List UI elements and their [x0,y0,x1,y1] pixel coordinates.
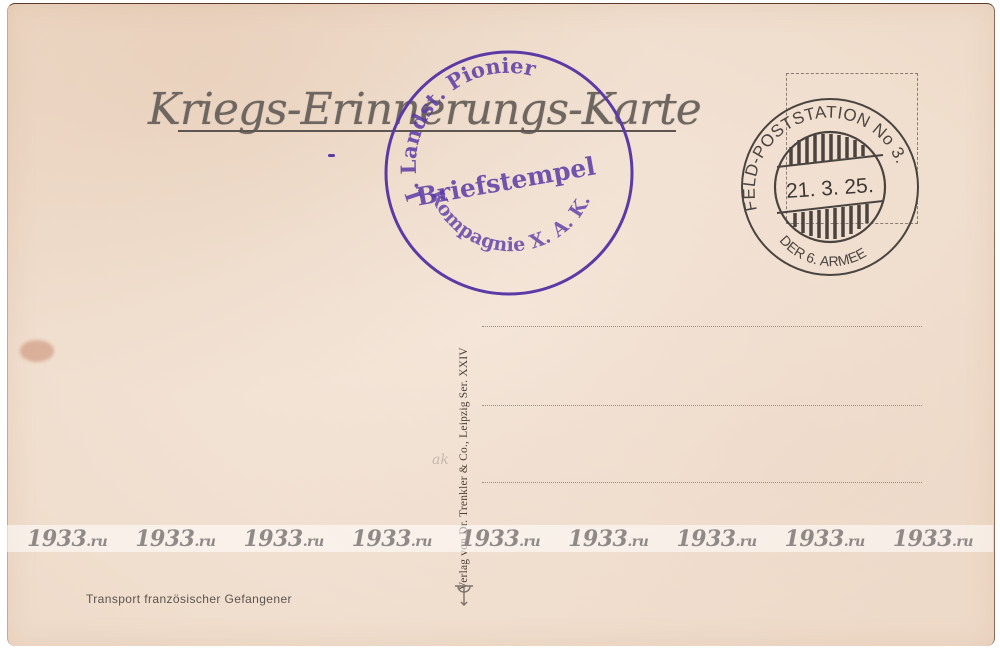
watermark-text: 1933.ru [352,526,432,552]
trenkler-logo-icon [452,582,476,608]
watermark-text: 1933.ru [568,526,648,552]
watermark-text: 1933.ru [676,526,756,552]
watermark-text: 1933.ru [135,526,215,552]
seal-graphic: I. Landst. Pionier Briefstempel Kompagni… [382,48,636,298]
postmark-graphic: 21. 3. 25. FELD-POSTSTATION No 3. DER 6.… [735,95,925,280]
address-line [482,326,922,327]
watermark-text: 1933.ru [785,526,865,552]
watermark-text: 1933.ru [460,526,540,552]
address-line [482,405,922,406]
address-line [482,482,922,483]
watermark-text: 1933.ru [243,526,323,552]
pencil-note: ak [432,452,449,468]
watermark-band: 1933.ru1933.ru1933.ru1933.ru1933.ru1933.… [7,525,993,552]
svg-text:DER 6. ARMEE: DER 6. ARMEE [777,232,869,269]
svg-text:21. 3. 25.: 21. 3. 25. [785,174,874,203]
image-caption: Transport französischer Gefangener [86,592,292,606]
watermark-text: 1933.ru [27,526,107,552]
feldpost-postmark: 21. 3. 25. FELD-POSTSTATION No 3. DER 6.… [735,95,925,280]
watermark-text: 1933.ru [893,526,973,552]
ink-mark [328,154,335,157]
purple-company-seal: I. Landst. Pionier Briefstempel Kompagni… [382,48,636,298]
publisher-imprint: Verlag von Dr. Trenkler & Co., Leipzig S… [458,347,470,590]
foxing-stain [20,340,54,362]
